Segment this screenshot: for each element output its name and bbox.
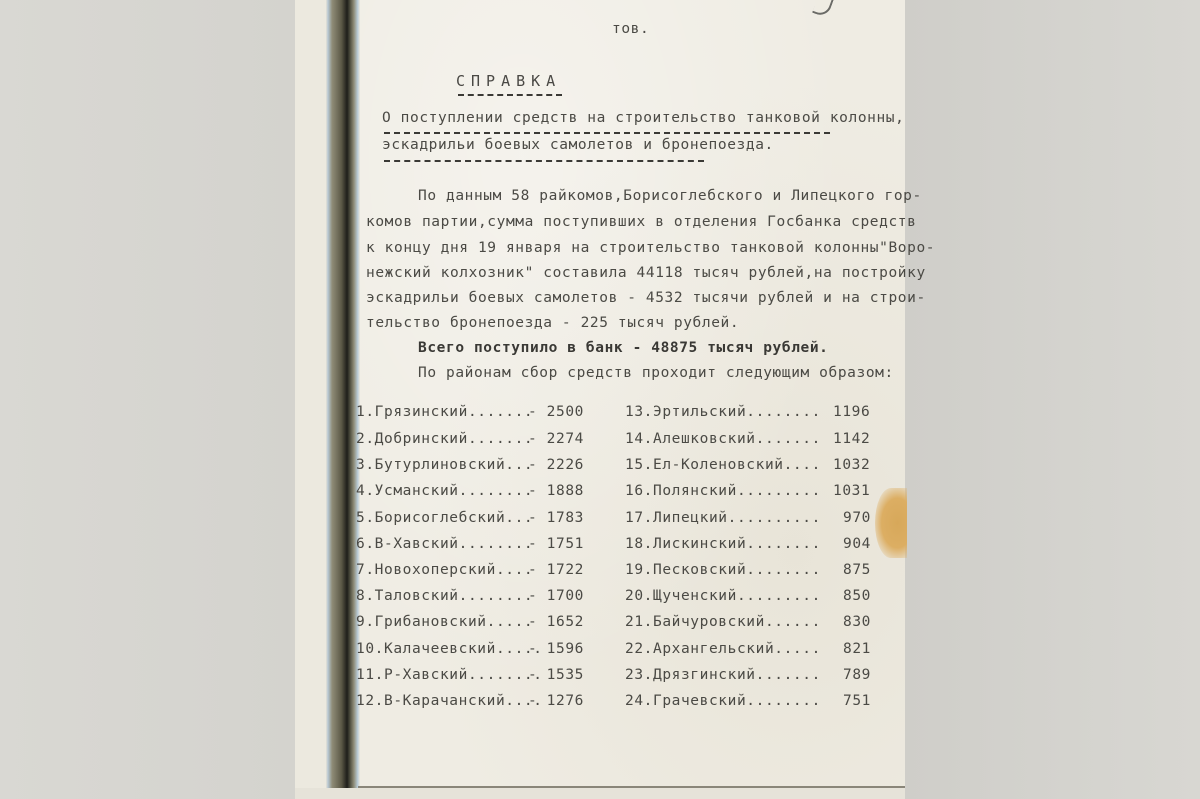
district-name: 9.Грибановский.....	[356, 613, 533, 631]
district-row: 19.Песковский........ 875	[625, 561, 880, 581]
district-row: 3.Бутурлиновский... - 2226	[356, 456, 596, 476]
district-value: - 2500	[528, 403, 584, 421]
district-name: 2.Добринский.......	[356, 430, 533, 448]
district-name: 8.Таловский........	[356, 587, 533, 605]
district-row: 15.Ел-Коленовский.... 1032	[625, 456, 880, 476]
district-name: 5.Борисоглебский...	[356, 509, 533, 527]
district-name: 12.В-Карачанский....	[356, 692, 543, 710]
district-value: 1142	[833, 430, 870, 448]
district-name: 23.Дрязгинский.......	[625, 666, 821, 684]
district-value: 1031	[833, 482, 870, 500]
district-row: 1.Грязинский....... - 2500	[356, 403, 596, 423]
subtitle-line-2: эскадрильи боевых самолетов и бронепоезд…	[382, 136, 774, 154]
body-line-6: тельство бронепоезда - 225 тысяч рублей.	[366, 314, 739, 332]
district-value: - 1783	[528, 509, 584, 527]
subtitle-underline-1	[384, 132, 830, 134]
district-row: 4.Усманский........ - 1888	[356, 482, 596, 502]
district-name: 4.Усманский........	[356, 482, 533, 500]
district-value: - 2226	[528, 456, 584, 474]
district-value: 789	[843, 666, 871, 684]
district-row: 11.Р-Хавский........ - 1535	[356, 666, 596, 686]
district-name: 22.Архангельский.....	[625, 640, 821, 658]
district-value: 1032	[833, 456, 870, 474]
district-row: 2.Добринский....... - 2274	[356, 430, 596, 450]
district-value: 904	[843, 535, 871, 553]
title-underline	[458, 94, 562, 96]
district-row: 23.Дрязгинский....... 789	[625, 666, 880, 686]
body-line-1: По данным 58 райкомов,Борисоглебского и …	[418, 187, 922, 205]
district-value: 830	[843, 613, 871, 631]
district-row: 5.Борисоглебский... - 1783	[356, 509, 596, 529]
district-name: 15.Ел-Коленовский....	[625, 456, 821, 474]
district-value: 875	[843, 561, 871, 579]
background-right	[905, 0, 1200, 799]
district-value: - 1652	[528, 613, 584, 631]
total-line: Всего поступило в банк - 48875 тысяч руб…	[418, 339, 829, 357]
district-name: 3.Бутурлиновский...	[356, 456, 533, 474]
background-left	[0, 0, 295, 799]
district-value: 970	[843, 509, 871, 527]
district-row: 16.Полянский......... 1031	[625, 482, 880, 502]
body-line-2: комов партии,сумма поступивших в отделен…	[366, 213, 916, 231]
district-value: 751	[843, 692, 871, 710]
district-value: - 1276	[528, 692, 584, 710]
district-name: 20.Щученский.........	[625, 587, 821, 605]
district-row: 10.Калачеевский..... - 1596	[356, 640, 596, 660]
district-row: 14.Алешковский....... 1142	[625, 430, 880, 450]
district-row: 9.Грибановский..... - 1652	[356, 613, 596, 633]
subtitle-underline-2	[384, 160, 704, 162]
district-name: 7.Новохоперский....	[356, 561, 533, 579]
document-title: СПРАВКА	[456, 72, 561, 90]
district-row: 6.В-Хавский........ - 1751	[356, 535, 596, 555]
district-name: 13.Эртильский........	[625, 403, 821, 421]
district-row: 18.Лискинский........ 904	[625, 535, 880, 555]
district-name: 1.Грязинский.......	[356, 403, 533, 421]
addressee: тов.	[612, 20, 649, 38]
district-value: - 1722	[528, 561, 584, 579]
subtitle-line-1: О поступлении средств на строительство т…	[382, 109, 904, 127]
district-name: 16.Полянский.........	[625, 482, 821, 500]
district-name: 19.Песковский........	[625, 561, 821, 579]
district-value: - 1700	[528, 587, 584, 605]
district-row: 12.В-Карачанский.... - 1276	[356, 692, 596, 712]
district-row: 13.Эртильский........ 1196	[625, 403, 880, 423]
district-name: 11.Р-Хавский........	[356, 666, 543, 684]
district-value: - 1596	[528, 640, 584, 658]
district-value: 821	[843, 640, 871, 658]
district-row: 20.Щученский......... 850	[625, 587, 880, 607]
districts-intro: По районам сбор средств проходит следующ…	[418, 364, 894, 382]
district-row: 17.Липецкий.......... 970	[625, 509, 880, 529]
district-value: - 2274	[528, 430, 584, 448]
district-name: 21.Байчуровский......	[625, 613, 821, 631]
district-name: 10.Калачеевский.....	[356, 640, 543, 658]
district-name: 18.Лискинский........	[625, 535, 821, 553]
district-name: 24.Грачевский........	[625, 692, 821, 710]
district-name: 17.Липецкий..........	[625, 509, 821, 527]
district-name: 14.Алешковский.......	[625, 430, 821, 448]
district-value: 850	[843, 587, 871, 605]
district-row: 24.Грачевский........ 751	[625, 692, 880, 712]
district-value: - 1751	[528, 535, 584, 553]
district-value: 1196	[833, 403, 870, 421]
district-row: 7.Новохоперский.... - 1722	[356, 561, 596, 581]
binding-fold	[326, 0, 360, 799]
district-name: 6.В-Хавский........	[356, 535, 533, 553]
body-line-4: нежский колхозник" составила 44118 тысяч…	[366, 264, 926, 282]
body-line-5: эскадрильи боевых самолетов - 4532 тысяч…	[366, 289, 926, 307]
district-row: 8.Таловский........ - 1700	[356, 587, 596, 607]
district-value: - 1535	[528, 666, 584, 684]
district-row: 21.Байчуровский...... 830	[625, 613, 880, 633]
district-value: - 1888	[528, 482, 584, 500]
page-below	[295, 788, 905, 799]
body-line-3: к концу дня 19 января на строительство т…	[366, 239, 935, 257]
district-row: 22.Архангельский..... 821	[625, 640, 880, 660]
